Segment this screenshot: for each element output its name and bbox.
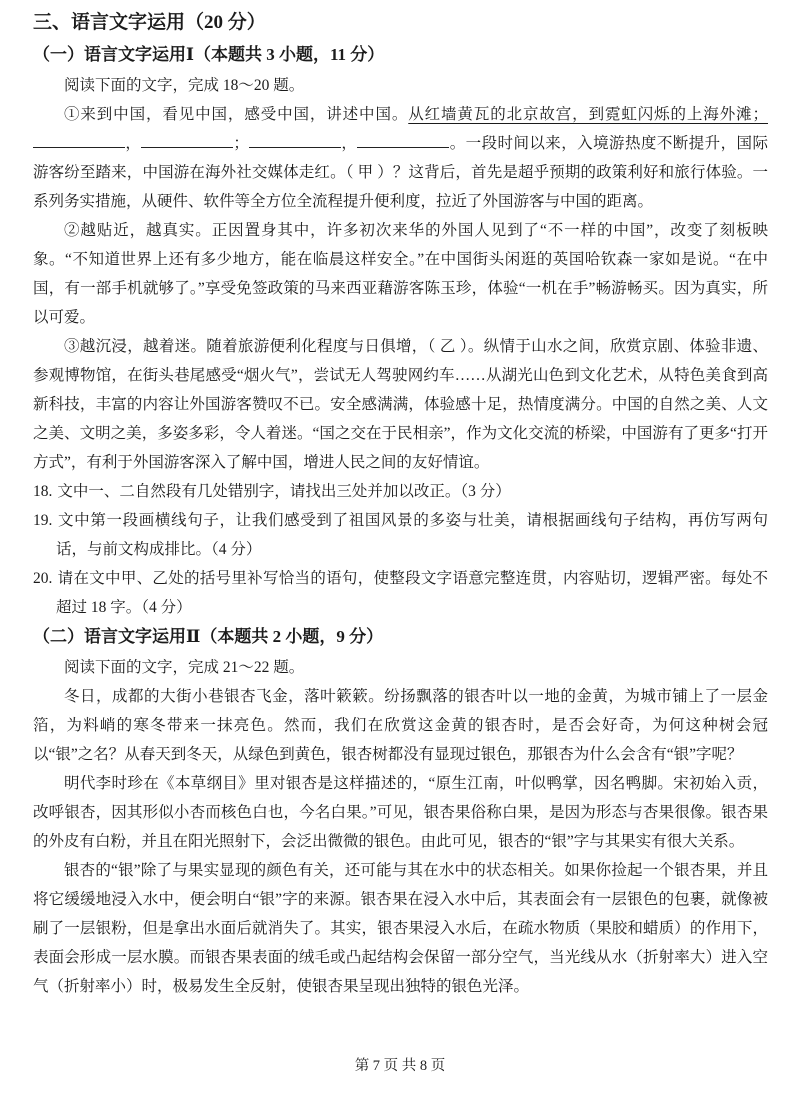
fill-blank-4 <box>357 142 449 148</box>
question-18-number: 18. <box>33 483 52 500</box>
page-footer: 第 7 页 共 8 页 <box>0 1052 800 1081</box>
question-20-text: 请在文中甲、乙处的括号里补写恰当的语句，使整段文字语意完整连贯，内容贴切，逻辑严… <box>56 570 768 616</box>
fill-blank-2 <box>141 142 233 148</box>
question-20-number: 20. <box>33 570 52 587</box>
exam-page: 三、语言文字运用（20 分） （一）语言文字运用Ⅰ（本题共 3 小题，11 分）… <box>0 0 800 1095</box>
passage2-paragraph-3: 银杏的“银”除了与果实显现的颜色有关，还可能与其在水中的状态相关。如果你捡起一个… <box>33 856 768 1001</box>
reading-instruction-2: 阅读下面的文字，完成 21～22 题。 <box>33 653 768 682</box>
blank-separator-3: ， <box>341 135 357 152</box>
part2-heading: （二）语言文字运用Ⅱ（本题共 2 小题，9 分） <box>33 622 768 652</box>
blank-separator-4: 。 <box>449 135 465 152</box>
question-18-text: 文中一、二自然段有几处错别字，请找出三处并加以改正。（3 分） <box>57 483 510 500</box>
question-19-text: 文中第一段画横线句子，让我们感受到了祖国风景的多姿与壮美，请根据画线句子结构，再… <box>56 512 768 558</box>
passage1-paragraph-2: ②越贴近，越真实。正因置身其中，许多初次来华的外国人见到了“不一样的中国”，改变… <box>33 216 768 332</box>
passage1-paragraph-1: ①来到中国，看见中国，感受中国，讲述中国。从红墙黄瓦的北京故宫，到霓虹闪烁的上海… <box>33 100 768 216</box>
fill-blank-1 <box>33 142 125 148</box>
question-19-number: 19. <box>33 512 52 529</box>
part1-heading: （一）语言文字运用Ⅰ（本题共 3 小题，11 分） <box>33 40 768 70</box>
blank-separator-2: ； <box>233 135 249 152</box>
passage1-para1-intro: ①来到中国，看见中国，感受中国，讲述中国。 <box>64 106 408 123</box>
blank-separator-1: ， <box>125 135 141 152</box>
question-20: 20.请在文中甲、乙处的括号里补写恰当的语句，使整段文字语意完整连贯，内容贴切，… <box>33 564 768 622</box>
underlined-sentence: 从红墙黄瓦的北京故宫，到霓虹闪烁的上海外滩； <box>408 106 768 123</box>
reading-instruction-1: 阅读下面的文字，完成 18～20 题。 <box>33 71 768 100</box>
section-heading: 三、语言文字运用（20 分） <box>33 8 768 38</box>
fill-blank-3 <box>249 142 341 148</box>
question-18: 18.文中一、二自然段有几处错别字，请找出三处并加以改正。（3 分） <box>33 477 768 506</box>
passage1-paragraph-3: ③越沉浸，越着迷。随着旅游便利化程度与日俱增，（ 乙 ）。纵情于山水之间，欣赏京… <box>33 332 768 477</box>
passage2-paragraph-2: 明代李时珍在《本草纲目》里对银杏是这样描述的，“原生江南，叶似鸭掌，因名鸭脚。宋… <box>33 769 768 856</box>
passage2-paragraph-1: 冬日，成都的大街小巷银杏飞金，落叶簌簌。纷扬飘落的银杏叶以一地的金黄，为城市铺上… <box>33 682 768 769</box>
question-19: 19.文中第一段画横线句子，让我们感受到了祖国风景的多姿与壮美，请根据画线句子结… <box>33 506 768 564</box>
